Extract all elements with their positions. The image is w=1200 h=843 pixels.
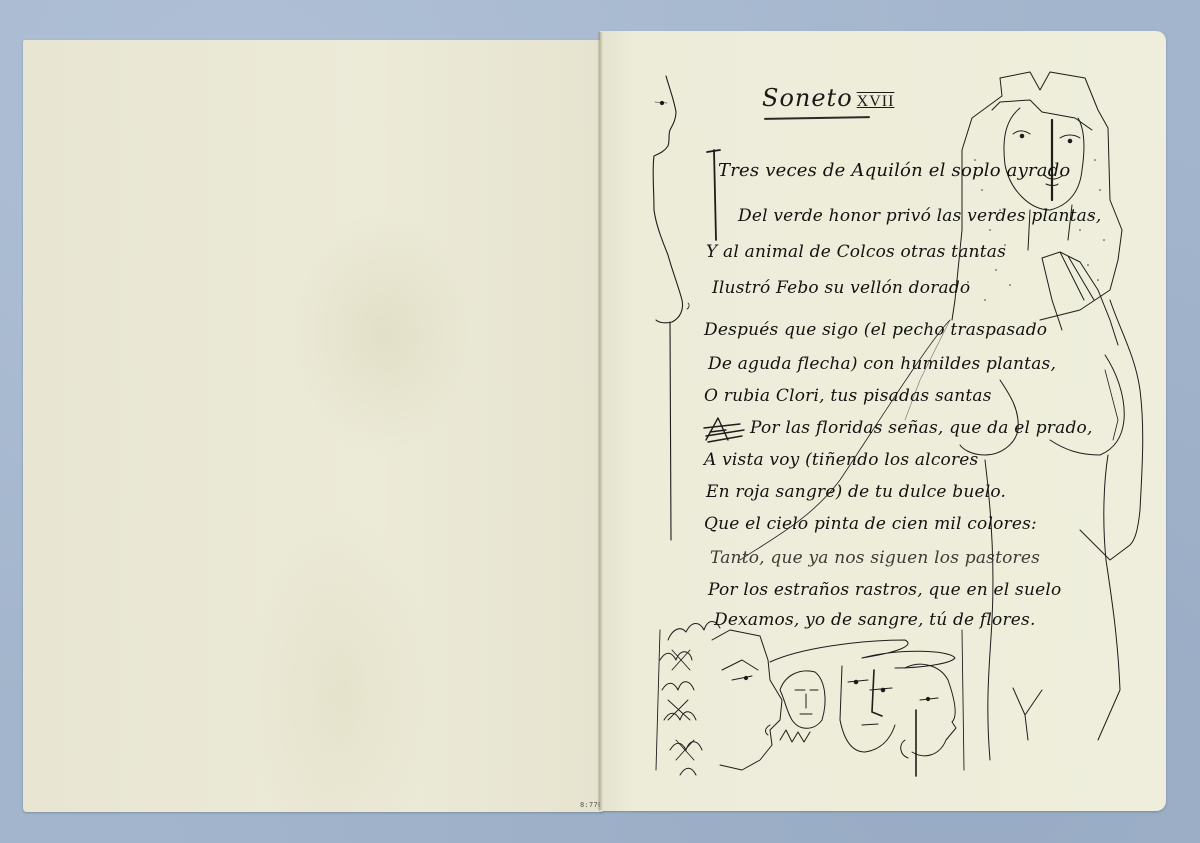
verse-line: Por las floridas señas, que da el prado,	[750, 418, 1093, 438]
verse-line: Tanto, que ya nos siguen los pastores	[710, 548, 1040, 568]
verse-line: Del verde honor privó las verdes plantas…	[738, 206, 1102, 226]
sonnet-title-number: XVII	[857, 93, 895, 110]
verse-line: De aguda flecha) con humildes plantas,	[708, 354, 1056, 374]
verse-line: En roja sangre) de tu dulce buelo.	[706, 482, 1006, 502]
open-folio: 8:770	[0, 0, 1200, 843]
left-page-blank	[23, 40, 603, 812]
verse-line: Ilustró Febo su vellón dorado	[712, 278, 970, 298]
verse-line: Por los estraños rastros, que en el suel…	[708, 580, 1061, 600]
sonnet-title-word: Soneto	[762, 84, 853, 112]
verse-line: Y al animal de Colcos otras tantas	[706, 242, 1006, 262]
page-gutter	[597, 32, 603, 810]
verse-line: O rubia Clori, tus pisadas santas	[704, 386, 992, 406]
verse-line: A vista voy (tiñendo los alcores	[704, 450, 978, 470]
verse-line: Que el cielo pinta de cien mil colores:	[704, 514, 1037, 534]
sonnet-title: SonetoXVII	[762, 84, 894, 112]
verse-line: Después que sigo (el pecho traspasado	[704, 320, 1047, 340]
verse-line: Tres veces de Aquilón el soplo ayrado	[718, 160, 1070, 181]
verse-line: Dexamos, yo de sangre, tú de flores.	[714, 610, 1036, 630]
